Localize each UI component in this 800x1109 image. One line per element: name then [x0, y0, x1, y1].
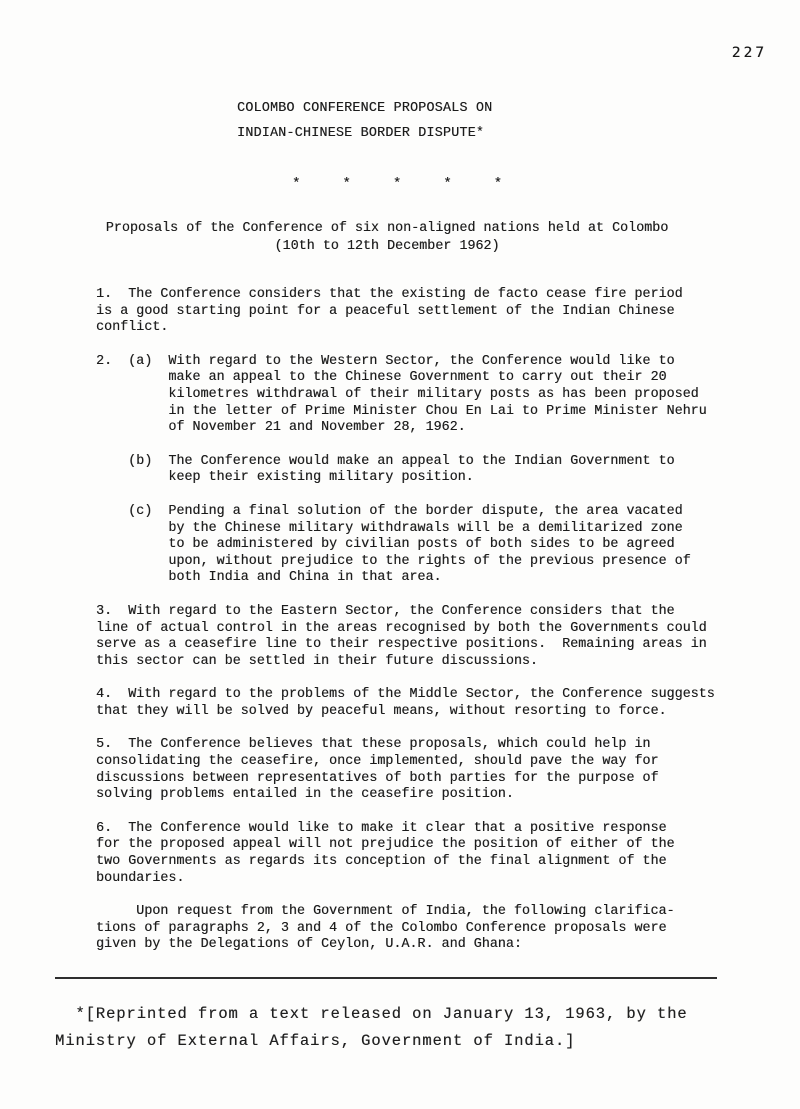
document-body: 1. The Conference considers that the exi… — [96, 287, 715, 954]
footnote: *[Reprinted from a text released on Janu… — [55, 1001, 688, 1054]
paragraph-4: 4. With regard to the problems of the Mi… — [96, 687, 715, 720]
footnote-divider — [55, 977, 717, 979]
asterisk-separator: * * * * * — [292, 176, 502, 192]
paragraph-2-clause-b: (b) The Conference would make an appeal … — [96, 454, 715, 487]
document-subtitle: Proposals of the Conference of six non-a… — [6, 220, 768, 255]
paragraph-1: 1. The Conference considers that the exi… — [96, 287, 715, 337]
page-number: 227 — [732, 45, 767, 61]
closing-paragraph: Upon request from the Government of Indi… — [96, 904, 715, 954]
paragraph-2-clause-c: (c) Pending a final solution of the bord… — [96, 504, 715, 587]
paragraph-5: 5. The Conference believes that these pr… — [96, 737, 715, 803]
document-title: COLOMBO CONFERENCE PROPOSALS ON INDIAN-C… — [237, 96, 492, 146]
paragraph-3: 3. With regard to the Eastern Sector, th… — [96, 604, 715, 670]
document-page: 227 COLOMBO CONFERENCE PROPOSALS ON INDI… — [0, 0, 800, 1109]
paragraph-6: 6. The Conference would like to make it … — [96, 821, 715, 887]
paragraph-2-clause-a: 2. (a) With regard to the Western Sector… — [96, 354, 715, 437]
